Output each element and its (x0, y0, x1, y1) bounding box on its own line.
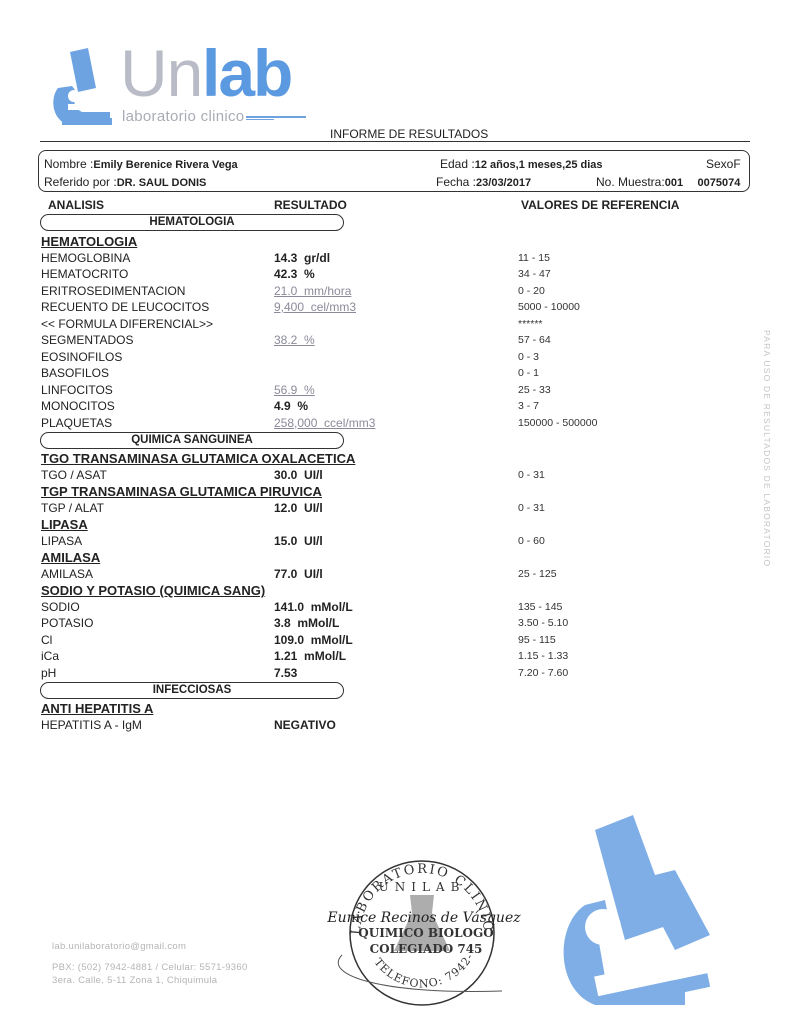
reference-range: 0 - 3 (518, 351, 539, 363)
footer-phones: PBX: (502) 7942-4881 / Celular: 5571-936… (52, 962, 248, 973)
group-title: ANTI HEPATITIS A (41, 701, 153, 716)
analysis-name: TGO / ASAT (41, 468, 107, 482)
section-pill-infecciosas: INFECCIOSAS (40, 682, 344, 699)
brand-underline (246, 116, 306, 118)
brand-name-bold: lab (202, 40, 291, 106)
group-title: HEMATOLOGIA (41, 234, 137, 249)
title-divider (40, 141, 750, 142)
svg-text:QUIMICO BIOLOGO: QUIMICO BIOLOGO (358, 926, 493, 940)
result-value: 109.0 mMol/L (274, 633, 353, 647)
section-pill-quimica: QUIMICA SANGUINEA (40, 432, 344, 449)
reference-range: 25 - 33 (518, 384, 551, 396)
brand-underline-short (246, 119, 274, 120)
analysis-name: RECUENTO DE LEUCOCITOS (41, 300, 209, 314)
reference-range: 3.50 - 5.10 (518, 617, 568, 629)
column-analysis: ANALISIS (48, 198, 104, 212)
svg-text:UNILAB: UNILAB (379, 880, 466, 894)
analysis-name: LIPASA (41, 534, 82, 548)
referred-field: Referido por :DR. SAUL DONIS (44, 173, 206, 191)
result-value: 7.53 (274, 666, 297, 680)
date-field: Fecha :23/03/2017 (436, 173, 531, 191)
analysis-name: SEGMENTADOS (41, 333, 133, 347)
analysis-name: HEMATOCRITO (41, 267, 128, 281)
reference-range: 25 - 125 (518, 568, 557, 580)
microscope-logo-icon (48, 48, 124, 128)
group-title: TGP TRANSAMINASA GLUTAMICA PIRUVICA (41, 484, 322, 499)
result-value: 15.0 UI/l (274, 534, 323, 548)
result-value: 42.3 % (274, 267, 315, 281)
analysis-name: HEMOGLOBINA (41, 251, 130, 265)
svg-text:Eunice Recinos de Vásquez: Eunice Recinos de Vásquez (326, 910, 521, 926)
sex-field: SexoF (706, 155, 741, 173)
sample-number: 0075074 (698, 177, 741, 189)
group-title: LIPASA (41, 517, 88, 532)
analysis-name: MONOCITOS (41, 399, 115, 413)
result-value: 141.0 mMol/L (274, 600, 353, 614)
column-result: RESULTADO (274, 198, 347, 212)
group-title: TGO TRANSAMINASA GLUTAMICA OXALACETICA (41, 451, 355, 466)
result-value: 3.8 mMol/L (274, 616, 339, 630)
reference-range: 1.15 - 1.33 (518, 650, 568, 662)
patient-name: Emily Berenice Rivera Vega (93, 159, 237, 171)
report-title: INFORME DE RESULTADOS (330, 127, 488, 141)
reference-range: 0 - 1 (518, 367, 539, 379)
section-pill-hematologia: HEMATOLOGIA (40, 214, 344, 231)
reference-range: 5000 - 10000 (518, 301, 580, 313)
analysis-name: PLAQUETAS (41, 416, 112, 430)
reference-range: 7.20 - 7.60 (518, 667, 568, 679)
analysis-name: EOSINOFILOS (41, 350, 122, 364)
analysis-name: ERITROSEDIMENTACION (41, 284, 185, 298)
reference-range: 11 - 15 (518, 252, 550, 264)
side-note: PARA USO DE RESULTADOS DE LABORATORIO (762, 330, 772, 567)
result-value: 9,400 cel/mm3 (274, 300, 356, 314)
analysis-name: Cl (41, 633, 52, 647)
result-value: 56.9 % (274, 383, 315, 397)
age-label: Edad : (440, 157, 475, 171)
date-label: Fecha : (436, 175, 476, 189)
sex-label: Sexo (706, 157, 733, 171)
result-value: 77.0 UI/l (274, 567, 323, 581)
reference-range: 0 - 60 (518, 535, 545, 547)
result-value: NEGATIVO (274, 718, 336, 732)
patient-sex: F (733, 157, 740, 171)
sample-label: No. Muestra: (596, 175, 665, 189)
analysis-name: << FORMULA DIFERENCIAL>> (41, 317, 213, 331)
group-title: SODIO Y POTASIO (QUIMICA SANG) (41, 583, 265, 598)
name-label: Nombre : (44, 157, 93, 171)
result-value: 38.2 % (274, 333, 315, 347)
reference-range: 135 - 145 (518, 601, 562, 613)
svg-text:COLEGIADO 745: COLEGIADO 745 (370, 942, 483, 956)
result-value: 4.9 % (274, 399, 308, 413)
result-value: 30.0 UI/l (274, 468, 323, 482)
reference-range: 0 - 31 (518, 502, 545, 514)
analysis-name: pH (41, 666, 56, 680)
sample-field: No. Muestra:001 0075074 (596, 173, 740, 191)
brand-tagline: laboratorio clinico (122, 108, 244, 125)
analysis-name: HEPATITIS A - IgM (41, 718, 142, 732)
analysis-name: TGP / ALAT (41, 501, 104, 515)
column-reference: VALORES DE REFERENCIA (521, 198, 679, 212)
result-value: 21.0 mm/hora (274, 284, 351, 298)
result-value: 258,000 ccel/mm3 (274, 416, 375, 430)
analysis-name: POTASIO (41, 616, 93, 630)
group-title: AMILASA (41, 550, 100, 565)
reference-range: 3 - 7 (518, 400, 539, 412)
microscope-watermark-icon (555, 815, 735, 1005)
referring-doctor: DR. SAUL DONIS (117, 177, 207, 189)
patient-name-field: Nombre :Emily Berenice Rivera Vega (44, 155, 238, 173)
patient-age: 12 años,1 meses,25 dias (475, 159, 603, 171)
referred-label: Referido por : (44, 175, 117, 189)
reference-range: 0 - 31 (518, 469, 545, 481)
analysis-name: SODIO (41, 600, 80, 614)
reference-range: 34 - 47 (518, 268, 551, 280)
result-value: 12.0 UI/l (274, 501, 323, 515)
reference-range: 95 - 115 (518, 634, 556, 646)
result-value: 1.21 mMol/L (274, 649, 346, 663)
analysis-name: iCa (41, 649, 59, 663)
analysis-name: LINFOCITOS (41, 383, 113, 397)
lab-stamp: LABORATORIO CLINICO TELEFONO: 7942-4881 … (322, 855, 532, 1015)
footer-email[interactable]: lab.unilaboratorio@gmail.com (52, 941, 186, 952)
reference-range: 150000 - 500000 (518, 417, 597, 429)
analysis-name: BASOFILOS (41, 366, 109, 380)
age-field: Edad :12 años,1 meses,25 dias (440, 155, 603, 173)
sample-prefix: 001 (665, 177, 683, 189)
footer-address: 3era. Calle, 5-11 Zona 1, Chiquimula (52, 975, 217, 986)
reference-range: ****** (518, 318, 543, 330)
result-value: 14.3 gr/dl (274, 251, 330, 265)
reference-range: 0 - 20 (518, 285, 545, 297)
reference-range: 57 - 64 (518, 334, 551, 346)
report-date: 23/03/2017 (476, 177, 531, 189)
analysis-name: AMILASA (41, 567, 93, 581)
